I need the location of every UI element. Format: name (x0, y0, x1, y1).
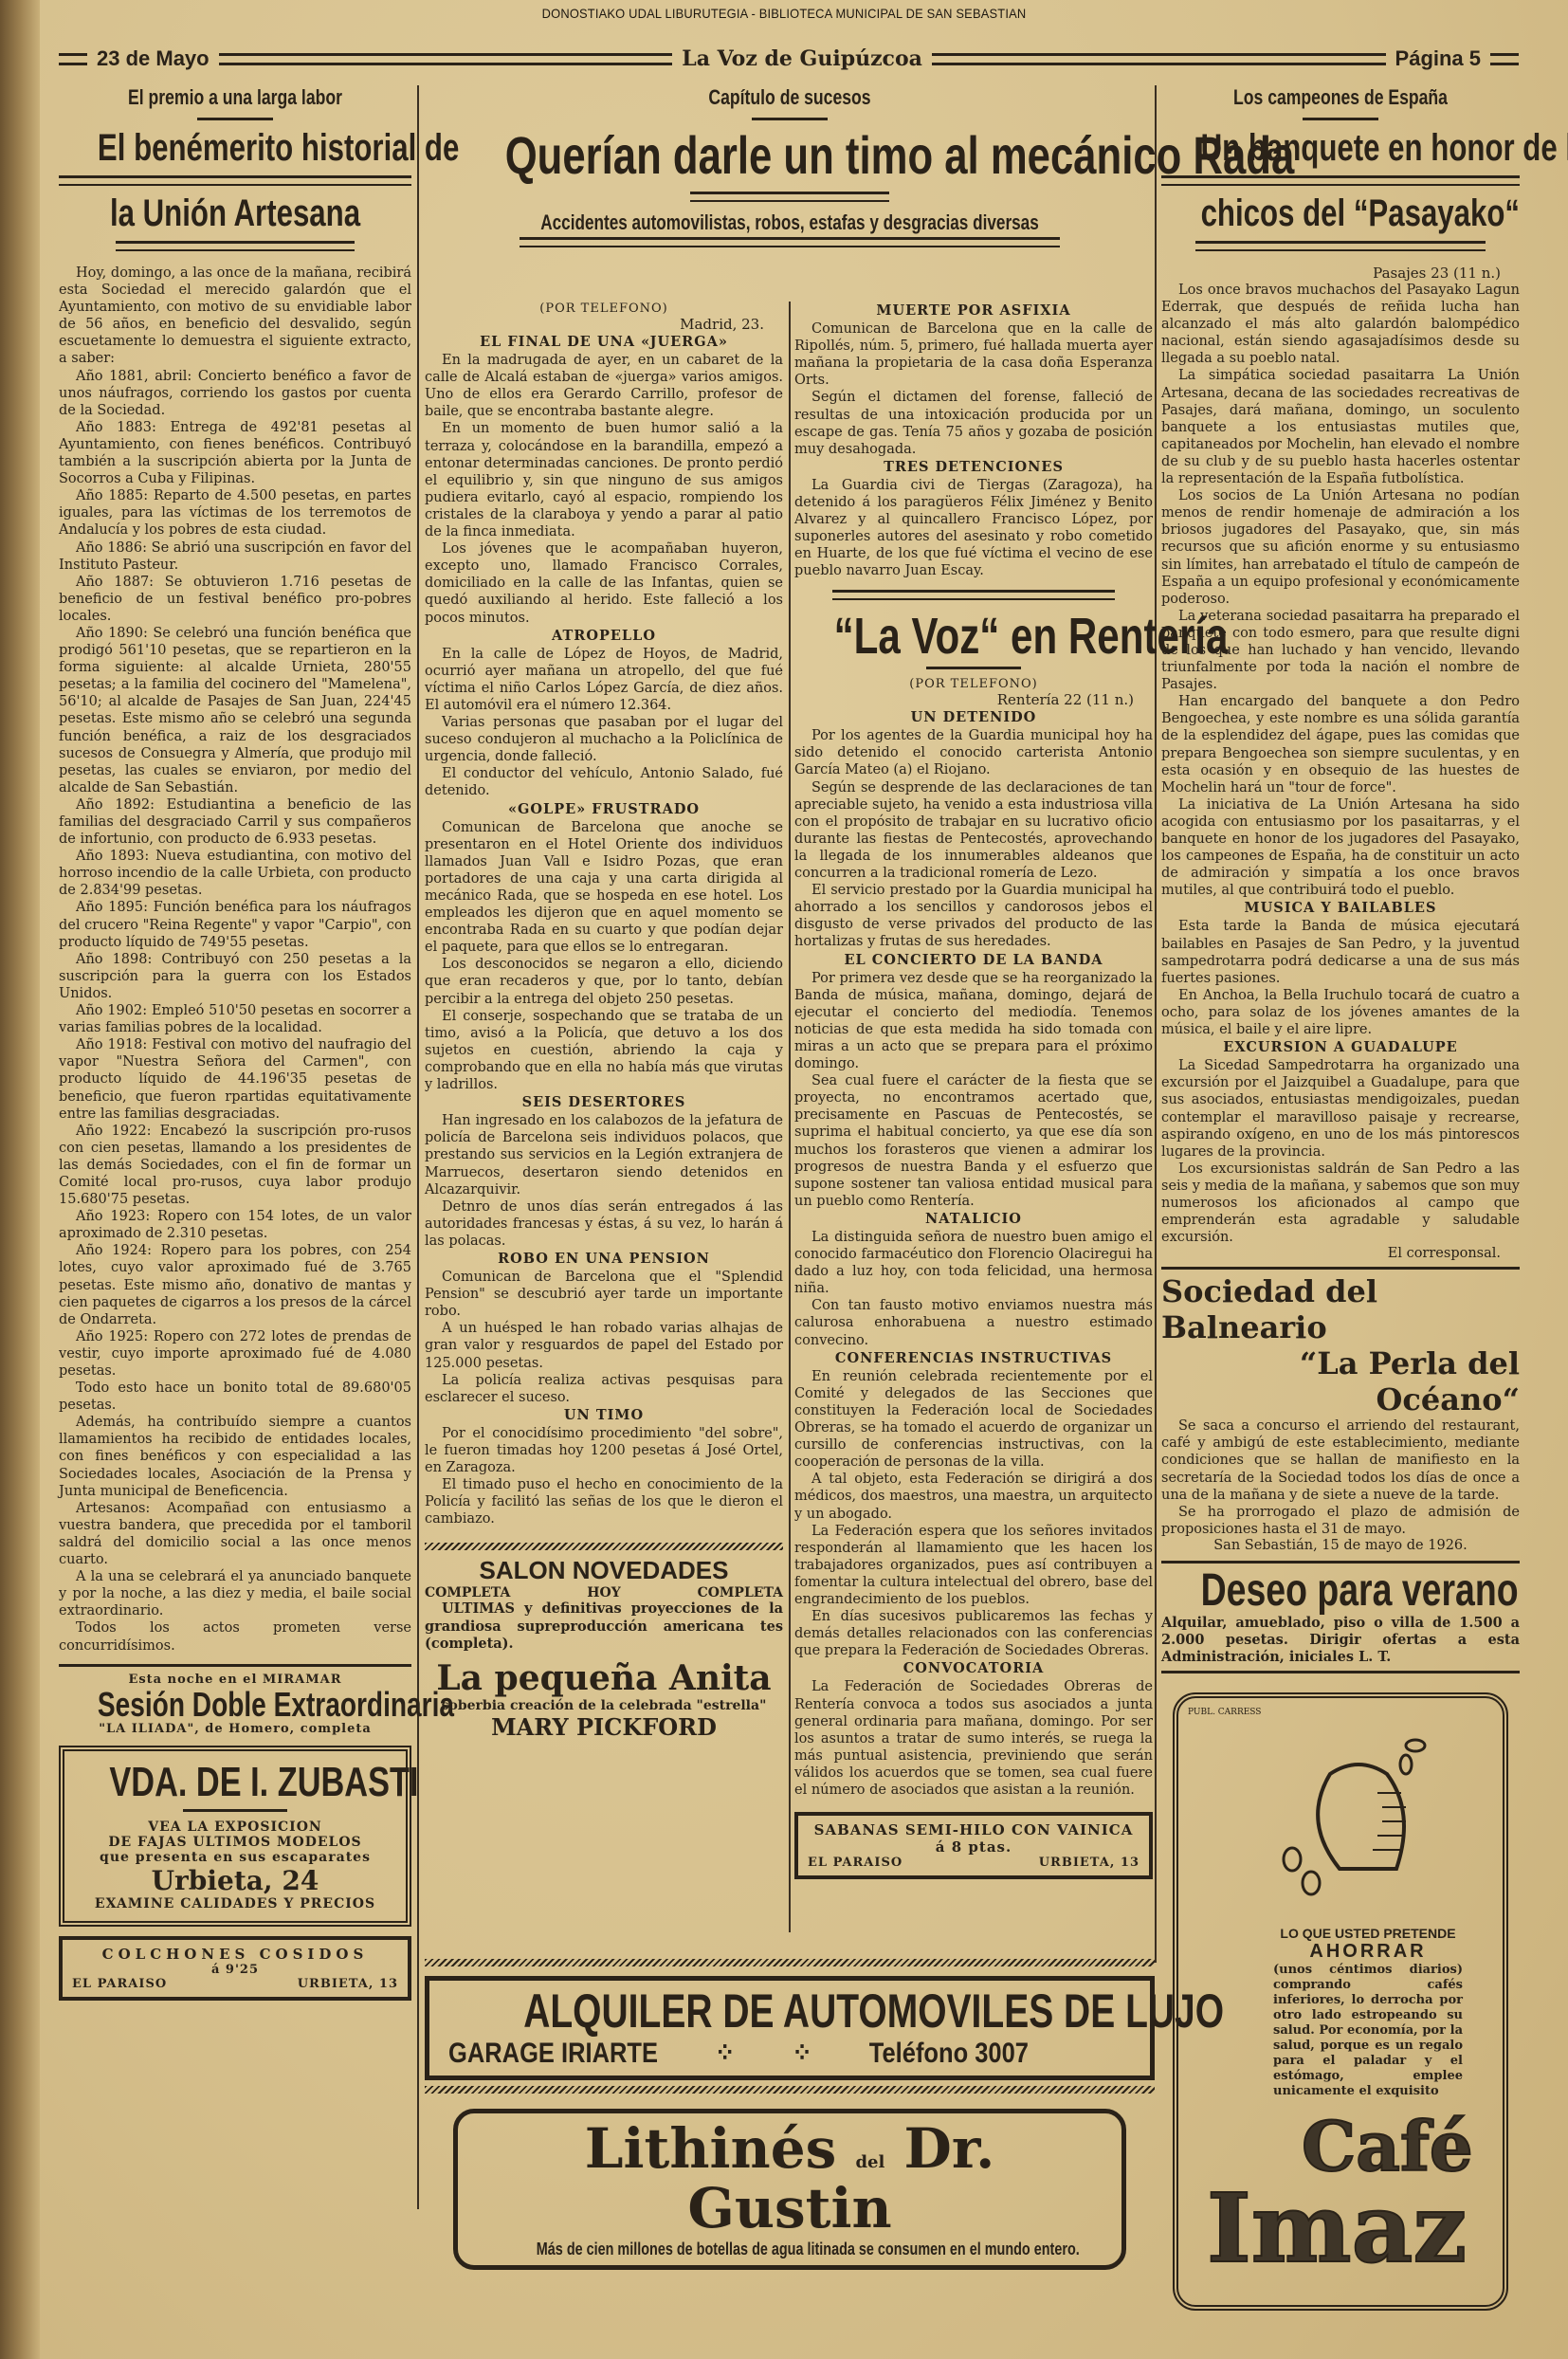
ad-credit: PUBL. CARRESS (1188, 1708, 1493, 1717)
ad-tagline: Más de cien millones de botellas de agua… (537, 2240, 1043, 2259)
article-headline: la Unión Artesana (98, 193, 373, 233)
rule (752, 118, 828, 120)
section-heading: ATROPELLO (425, 628, 783, 645)
section-heading: CONFERENCIAS INSTRUCTIVAS (794, 1350, 1153, 1367)
ad-line: LO QUE USTED PRETENDE (1273, 1926, 1463, 1941)
paragraph: Según el dictamen del forense, falleció … (794, 389, 1153, 457)
rule (1195, 241, 1486, 251)
section-heading: EL CONCIERTO DE LA BANDA (794, 952, 1153, 969)
ad-line: que presenta en sus escaparates (74, 1850, 396, 1865)
column-union-artesana: El premio a una larga labor El benémerit… (59, 85, 411, 2001)
dateline: Madrid, 23. (425, 316, 783, 333)
ornament-icon: ⁘ (715, 2037, 735, 2070)
paragraph: La veterana sociedad pasaitarra ha prepa… (1161, 608, 1520, 693)
paragraph: En la calle de López de Hoyos, de Madrid… (425, 646, 783, 714)
paragraph: La Guardia civi de Tiergas (Zaragoza), h… (794, 477, 1153, 580)
ad-line: DE FAJAS ULTIMOS MODELOS (74, 1835, 396, 1850)
column-sucesos-left: (POR TELEFONO) Madrid, 23. EL FINAL DE U… (425, 302, 783, 1741)
paragraph: En Anchoa, la Bella Iruchulo tocará de c… (1161, 987, 1520, 1038)
dateline: Pasajes 23 (11 n.) (1161, 265, 1520, 282)
masthead-rule (59, 53, 87, 65)
paragraph: Año 1918: Festival con motivo del naufra… (59, 1036, 411, 1122)
rule (1303, 118, 1378, 120)
paragraph: Por los agentes de la Guardia municipal … (794, 727, 1153, 778)
paragraph: Año 1887: Se obtuvieron 1.716 pesetas de… (59, 574, 411, 625)
paragraph: Año 1883: Entrega de 492'81 pesetas al A… (59, 419, 411, 487)
ad-garage-name: GARAGE IRIARTE (448, 2038, 658, 2070)
paragraph: Los excursionistas saldrán de San Pedro … (1161, 1161, 1520, 1246)
masthead-page: Página 5 (1395, 46, 1481, 71)
article-headline: “La Voz“ en Rentería (834, 610, 1114, 664)
rule (1161, 175, 1520, 186)
paragraph: La distinguida señora de nuestro buen am… (794, 1229, 1153, 1297)
masthead-rule (1490, 53, 1519, 65)
paragraph: Comunican de Barcelona que el "Splendid … (425, 1269, 783, 1320)
paragraph: Se saca a concurso el arriendo del resta… (1161, 1417, 1520, 1503)
paragraph: El conductor del vehículo, Antonio Salad… (425, 765, 783, 799)
paragraph: Año 1895: Función benéfica para los náuf… (59, 899, 411, 950)
ad-line: AHORRAR (1273, 1941, 1463, 1963)
lithines-ad: Lithinés del Dr. Gustin Más de cien mill… (453, 2109, 1126, 2271)
masthead-rule (932, 53, 1386, 65)
ad-title: COLCHONES COSIDOS (72, 1946, 398, 1963)
article-headline: Un banquete en honor de los (1201, 128, 1481, 168)
paragraph: La policía realiza activas pesquisas par… (425, 1372, 783, 1406)
ad-date: San Sebastián, 15 de mayo de 1926. (1161, 1538, 1520, 1553)
paragraph: Año 1881, abril: Concierto benéfico a fa… (59, 368, 411, 419)
section-heading: EL FINAL DE UNA «JUERGA» (425, 334, 783, 351)
news-source: (POR TELEFONO) (794, 677, 1153, 691)
article-headline: Querían darle un timo al mecánico Rada (505, 128, 1075, 184)
ad-body: Se saca a concurso el arriendo del resta… (1161, 1417, 1520, 1538)
article-subhead: Accidentes automovilistas, robos, estafa… (505, 211, 1075, 233)
paragraph: Todos los actos prometen verse concurrid… (59, 1619, 411, 1654)
paragraph: Año 1925: Ropero con 272 lotes de prenda… (59, 1328, 411, 1380)
paragraph: Comunican de Barcelona que en la calle d… (794, 320, 1153, 389)
ad-label: COMPLETA (698, 1585, 783, 1600)
news-source: (POR TELEFONO) (425, 302, 783, 316)
paragraph: En reunión celebrada recientemente por e… (794, 1368, 1153, 1472)
paragraph: Año 1885: Reparto de 4.500 pesetas, en p… (59, 487, 411, 539)
column-rule (1155, 85, 1157, 1963)
salon-novedades-ad: SALON NOVEDADES COMPLETA HOY COMPLETA UL… (425, 1556, 783, 1740)
section-heading: NATALICIO (794, 1211, 1153, 1228)
paragraph: Con tan fausto motivo enviamos nuestra m… (794, 1297, 1153, 1348)
paragraph: Detnro de unos días serán entregados á l… (425, 1198, 783, 1250)
ad-title: “La Perla del Océano“ (1161, 1345, 1520, 1417)
section-heading: EXCURSION A GUADALUPE (1161, 1039, 1520, 1056)
ad-brand: Lithinés (585, 2116, 837, 2181)
ad-del: del (855, 2152, 884, 2172)
ad-address: URBIETA, 13 (1039, 1856, 1140, 1870)
ad-price: á 8 ptas. (808, 1838, 1140, 1856)
article-kicker: Capítulo de sucesos (498, 85, 1082, 110)
paragraph: La Federación de Sociedades Obreras de R… (794, 1678, 1153, 1799)
paragraph: A tal objeto, esta Federación se dirigir… (794, 1471, 1153, 1522)
miramar-ad: Esta noche en el MIRAMAR Sesión Doble Ex… (59, 1664, 411, 1737)
article-kicker: El premio a una larga labor (94, 85, 376, 110)
paragraph: Artesanos: Acompañad con entusiasmo a vu… (59, 1500, 411, 1568)
rule (116, 241, 355, 251)
masthead-date: 23 de Mayo (97, 46, 210, 71)
section-heading: SEIS DESERTORES (425, 1094, 783, 1111)
paragraph: Según se desprende de las declaraciones … (794, 779, 1153, 883)
article-body: Los once bravos muchachos del Pasayako L… (1161, 282, 1520, 1246)
paragraph: Comunican de Barcelona que anoche se pre… (425, 819, 783, 957)
paragraph: El conserje, sospechando que se trataba … (425, 1008, 783, 1093)
paragraph: Año 1892: Estudiantina a beneficio de la… (59, 796, 411, 848)
paragraph: Además, ha contribuído siempre a cuantos… (59, 1414, 411, 1499)
ad-title: ALQUILER DE AUTOMOVILES DE LUJO (523, 1986, 1056, 2037)
paragraph: La Sicedad Sampedrotarra ha organizado u… (1161, 1057, 1520, 1161)
paragraph: Año 1886: Se abrió una suscripción en fa… (59, 539, 411, 574)
paragraph: A la una se celebrará el ya anunciado ba… (59, 1568, 411, 1619)
ad-star: MARY PICKFORD (425, 1713, 783, 1741)
paragraph: Los socios de La Unión Artesana no podía… (1161, 487, 1520, 608)
paragraph: Han ingresado en los calabozos de la jef… (425, 1112, 783, 1198)
article-kicker: Los campeones de España (1197, 85, 1484, 110)
ad-line: "LA ILIADA", de Homero, completa (59, 1722, 411, 1736)
article-signature: El corresponsal. (1161, 1246, 1520, 1261)
ad-shop: EL PARAISO (808, 1856, 903, 1870)
paragraph: La iniciativa de La Unión Artesana ha si… (1161, 796, 1520, 900)
paragraph: En la madrugada de ayer, en un cabaret d… (425, 352, 783, 420)
ad-label: HOY (587, 1585, 620, 1600)
paragraph: Los jóvenes que le acompañaban huyeron, … (425, 540, 783, 626)
rule (520, 237, 1060, 247)
article-body: UN DETENIDOPor los agentes de la Guardia… (794, 709, 1153, 1799)
ad-tagline: soberbia creación de la celebrada "estre… (425, 1698, 783, 1713)
section-heading: ROBO EN UNA PENSION (425, 1251, 783, 1268)
garage-iriarte-ad: ALQUILER DE AUTOMOVILES DE LUJO GARAGE I… (425, 1976, 1155, 2080)
article-headline: chicos del “Pasayako“ (1201, 193, 1481, 233)
rule (183, 1809, 287, 1812)
ad-title: SALON NOVEDADES (425, 1556, 783, 1585)
article-headline: El benémerito historial de (98, 128, 373, 168)
paragraph: Todo esto hace un bonito total de 89.680… (59, 1380, 411, 1414)
ornament-rule (832, 590, 1115, 600)
paragraph: Se ha prorrogado el plazo de admisión de… (1161, 1504, 1520, 1538)
ad-film-title: La pequeña Anita (425, 1658, 783, 1698)
section-heading: TRES DETENCIONES (794, 459, 1153, 476)
paragraph: En un momento de buen humor salió a la t… (425, 420, 783, 540)
paragraph: Hoy, domingo, a las once de la mañana, r… (59, 265, 411, 368)
paragraph: A un huésped le han robado varias alhaja… (425, 1320, 783, 1371)
ad-address: URBIETA, 13 (298, 1977, 398, 1991)
paragraph: Varias personas que pasaban por el lugar… (425, 714, 783, 765)
paragraph: Los once bravos muchachos del Pasayako L… (1161, 282, 1520, 367)
deseo-ad: Deseo para verano Alquilar, amueblado, p… (1161, 1561, 1520, 1673)
rule (926, 667, 1021, 669)
paragraph: Año 1923: Ropero con 154 lotes, de un va… (59, 1208, 411, 1242)
section-heading: MUERTE POR ASFIXIA (794, 302, 1153, 320)
ad-price: á 9'25 (72, 1963, 398, 1977)
bottom-ads: ALQUILER DE AUTOMOVILES DE LUJO GARAGE I… (425, 1953, 1155, 2270)
sucesos-header: Capítulo de sucesos Querían darle un tim… (425, 85, 1155, 251)
ad-title: Deseo para verano (1201, 1567, 1481, 1615)
section-heading: UN TIMO (425, 1407, 783, 1424)
section-heading: UN DETENIDO (794, 709, 1153, 726)
ad-title: VDA. DE I. ZUBASTI (109, 1761, 360, 1804)
article-body: MUERTE POR ASFIXIAComunican de Barcelona… (794, 302, 1153, 580)
ad-shop: EL PARAISO (72, 1977, 167, 1991)
paragraph: Año 1898: Contribuyó con 250 pesetas a l… (59, 951, 411, 1002)
ornament-rule (425, 2086, 1155, 2094)
ad-line: VEA LA EXPOSICION (74, 1820, 396, 1835)
zubasti-ad: VDA. DE I. ZUBASTI VEA LA EXPOSICION DE … (59, 1746, 411, 1926)
paragraph: Esta tarde la Banda de música ejecutará … (1161, 918, 1520, 986)
paragraph: Año 1890: Se celebró una función benéfic… (59, 625, 411, 796)
cafe-imaz-ad: PUBL. CARRESS LO QUE USTED PRETENDE AHOR… (1173, 1692, 1508, 2311)
paragraph: El timado puso el hecho en conocimiento … (425, 1476, 783, 1527)
sabanas-ad: SABANAS SEMI-HILO CON VAINICA á 8 ptas. … (794, 1812, 1153, 1879)
archive-header: DONOSTIAKO UDAL LIBURUTEGIA - BIBLIOTECA… (63, 6, 1505, 21)
rule (690, 192, 889, 202)
column-sucesos-right: MUERTE POR ASFIXIAComunican de Barcelona… (794, 302, 1153, 1879)
paragraph: La simpática sociedad pasaitarra La Unió… (1161, 367, 1520, 487)
article-body: Hoy, domingo, a las once de la mañana, r… (59, 265, 411, 1655)
paragraph: Por primera vez desde que se ha reorgani… (794, 970, 1153, 1073)
rule (59, 175, 411, 186)
paragraph: Por el conocidísimo procedimiento "del s… (425, 1425, 783, 1476)
ad-phone: Teléfono 3007 (869, 2038, 1029, 2070)
colchones-ad: COLCHONES COSIDOS á 9'25 EL PARAISO URBI… (59, 1936, 411, 2001)
ad-title: Sesión Doble Extraordinaria (98, 1687, 373, 1723)
paragraph: Año 1924: Ropero para los pobres, con 25… (59, 1242, 411, 1327)
paragraph: Año 1893: Nueva estudiantina, con motivo… (59, 848, 411, 899)
dateline: Rentería 22 (11 n.) (794, 691, 1153, 708)
ad-title: SABANAS SEMI-HILO CON VAINICA (808, 1821, 1140, 1838)
column-rule (417, 85, 419, 2209)
paragraph: El servicio prestado por la Guardia muni… (794, 882, 1153, 950)
piggy-bank-coins-icon (1264, 1717, 1453, 1907)
ad-brand: Imaz (1207, 2172, 1467, 2284)
ad-text: ULTIMAS y definitivas proyecciones de la… (425, 1600, 783, 1652)
section-heading: «GOLPE» FRUSTRADO (425, 801, 783, 818)
ornament-rule (425, 1959, 1155, 1966)
balneario-ad: Sociedad del Balneario “La Perla del Océ… (1161, 1267, 1520, 1553)
rule (197, 118, 273, 120)
ornament-rule (425, 1543, 783, 1550)
paragraph: La Federación espera que los señores inv… (794, 1523, 1153, 1608)
paragraph: Los desconocidos se negaron a ello, dici… (425, 956, 783, 1007)
column-rule (789, 302, 791, 1932)
ad-text: (unos céntimos diarios) comprando cafés … (1273, 1963, 1463, 2099)
paragraph: En días sucesivos publicaremos las fecha… (794, 1608, 1153, 1659)
paragraph: Año 1922: Encabezó la suscripción pro-ru… (59, 1123, 411, 1208)
paragraph: Han encargado del banquete a don Pedro B… (1161, 693, 1520, 796)
page-binding-edge (0, 0, 40, 2359)
masthead-title: La Voz de Guipúzcoa (682, 46, 922, 71)
ad-line: EXAMINE CALIDADES Y PRECIOS (74, 1896, 396, 1911)
masthead: 23 de Mayo La Voz de Guipúzcoa Página 5 (59, 46, 1519, 72)
masthead-rule (219, 53, 673, 65)
section-heading: CONVOCATORIA (794, 1660, 1153, 1677)
ad-title: Sociedad del Balneario (1161, 1273, 1520, 1345)
column-pasayako: Los campeones de España Un banquete en h… (1161, 85, 1520, 2311)
ad-label: COMPLETA (425, 1585, 510, 1600)
ad-text: Alquilar, amueblado, piso o villa de 1.5… (1161, 1615, 1520, 1666)
section-heading: MUSICA Y BAILABLES (1161, 900, 1520, 917)
article-body: EL FINAL DE UNA «JUERGA»En la madrugada … (425, 334, 783, 1527)
ad-address: Urbieta, 24 (74, 1865, 396, 1896)
paragraph: Año 1902: Empleó 510'50 pesetas en socor… (59, 1002, 411, 1036)
paragraph: Sea cual fuere el carácter de la fiesta … (794, 1072, 1153, 1210)
ornament-icon: ⁘ (792, 2037, 811, 2070)
